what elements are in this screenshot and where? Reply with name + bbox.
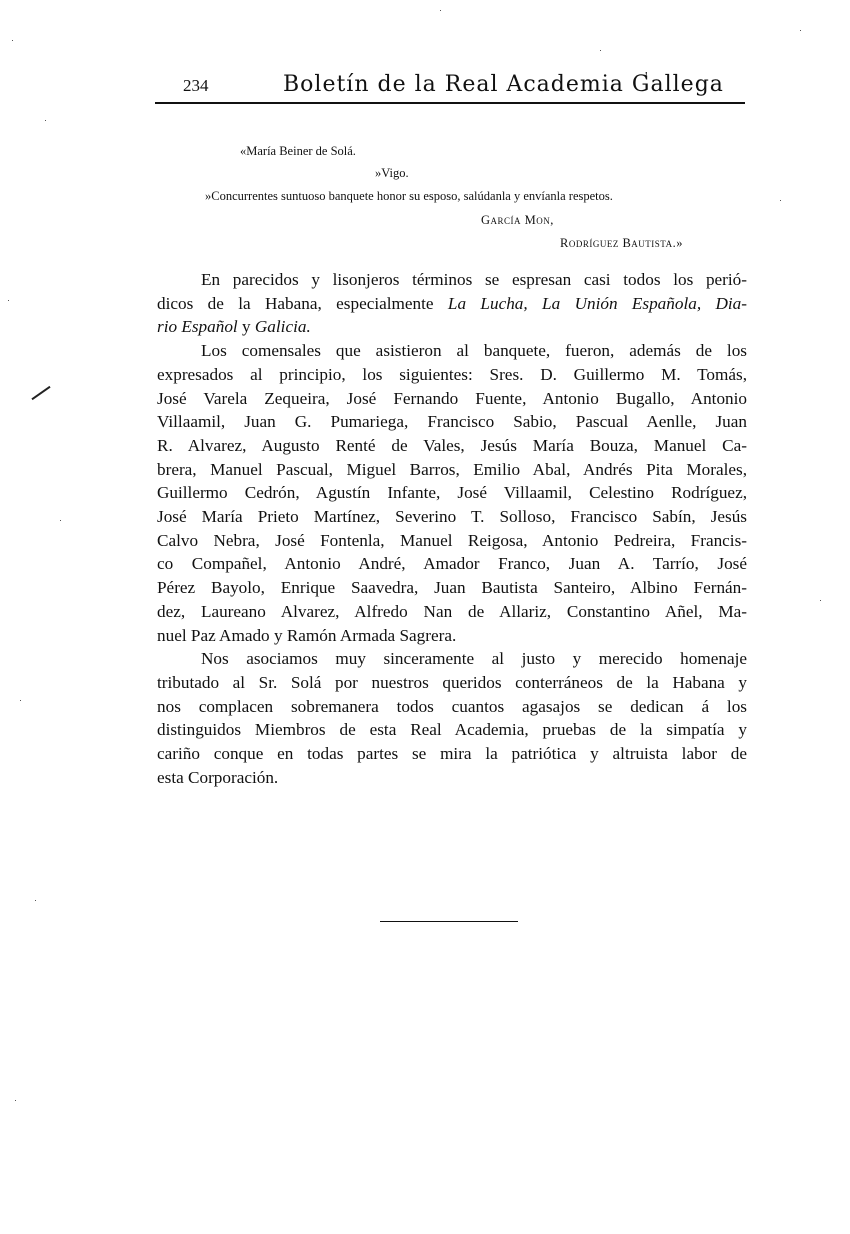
margin-pen-mark — [31, 386, 50, 400]
speck — [60, 520, 61, 521]
body-text: En parecidos y lisonjeros términos se es… — [157, 268, 747, 789]
running-title: Boletín de la Real Academia Gallega — [283, 72, 724, 97]
text-line: co Compañel, Antonio André, Amador Franc… — [157, 552, 747, 576]
header-mark: ' — [645, 70, 648, 86]
newspaper-title: rio Español — [157, 317, 238, 336]
newspaper-titles: La Lucha, La Unión Española, Dia- — [448, 294, 747, 313]
text-line: expresados al principio, los siguientes:… — [157, 363, 747, 387]
text-line: distinguidos Miembros de esta Real Acade… — [157, 718, 747, 742]
text-line: Villaamil, Juan G. Pumariega, Francisco … — [157, 410, 747, 434]
speck — [35, 900, 36, 901]
text-line: dicos de la Habana, especialmente La Luc… — [157, 292, 747, 316]
section-end-rule — [380, 921, 518, 922]
telegram-signature-2: Rodríguez Bautista.» — [560, 236, 683, 251]
page-header: 234 Boletín de la Real Academia Gallega … — [155, 70, 745, 104]
text-line: nuel Paz Amado y Ramón Armada Sagrera. — [157, 624, 747, 648]
text-line: José María Prieto Martínez, Severino T. … — [157, 505, 747, 529]
telegram-addressee: «María Beiner de Solá. — [240, 144, 356, 159]
text-line: cariño conque en todas partes se mira la… — [157, 742, 747, 766]
speck — [15, 1100, 16, 1101]
speck — [12, 40, 13, 41]
text-line: nos complacen sobremanera todos cuantos … — [157, 695, 747, 719]
document-page: 234 Boletín de la Real Academia Gallega … — [0, 0, 850, 1234]
speck — [600, 50, 601, 51]
paragraph-homage: Nos asociamos muy sinceramente al justo … — [157, 647, 747, 789]
telegram-signature-1: García Mon, — [481, 213, 554, 228]
paragraph-newspapers: En parecidos y lisonjeros términos se es… — [157, 268, 747, 339]
speck — [440, 10, 441, 11]
text-line: R. Alvarez, Augusto Renté de Vales, Jesú… — [157, 434, 747, 458]
text-span: y — [242, 317, 251, 336]
speck — [8, 300, 9, 301]
speck — [780, 200, 781, 201]
speck — [820, 600, 821, 601]
text-line: Pérez Bayolo, Enrique Saavedra, Juan Bau… — [157, 576, 747, 600]
text-line: tributado al Sr. Solá por nuestros queri… — [157, 671, 747, 695]
speck — [800, 30, 801, 31]
speck — [45, 120, 46, 121]
speck — [20, 700, 21, 701]
page-number: 234 — [183, 76, 209, 96]
text-line: Los comensales que asistieron al banquet… — [157, 339, 747, 363]
telegram-place: »Vigo. — [375, 166, 409, 181]
text-line: Nos asociamos muy sinceramente al justo … — [157, 647, 747, 671]
text-line: José Varela Zequeira, José Fernando Fuen… — [157, 387, 747, 411]
header-rule — [155, 102, 745, 104]
paragraph-attendees: Los comensales que asistieron al banquet… — [157, 339, 747, 647]
text-line: dez, Laureano Alvarez, Alfredo Nan de Al… — [157, 600, 747, 624]
text-line: brera, Manuel Pascual, Miguel Barros, Em… — [157, 458, 747, 482]
text-line: Guillermo Cedrón, Agustín Infante, José … — [157, 481, 747, 505]
telegram-message: »Concurrentes suntuoso banquete honor su… — [205, 189, 613, 204]
newspaper-title: Galicia. — [255, 317, 311, 336]
text-line: esta Corporación. — [157, 766, 747, 790]
text-line: rio Español y Galicia. — [157, 315, 747, 339]
text-line: Calvo Nebra, José Fontenla, Manuel Reigo… — [157, 529, 747, 553]
text-line: En parecidos y lisonjeros términos se es… — [157, 268, 747, 292]
text-span: dicos de la Habana, especialmente — [157, 294, 434, 313]
